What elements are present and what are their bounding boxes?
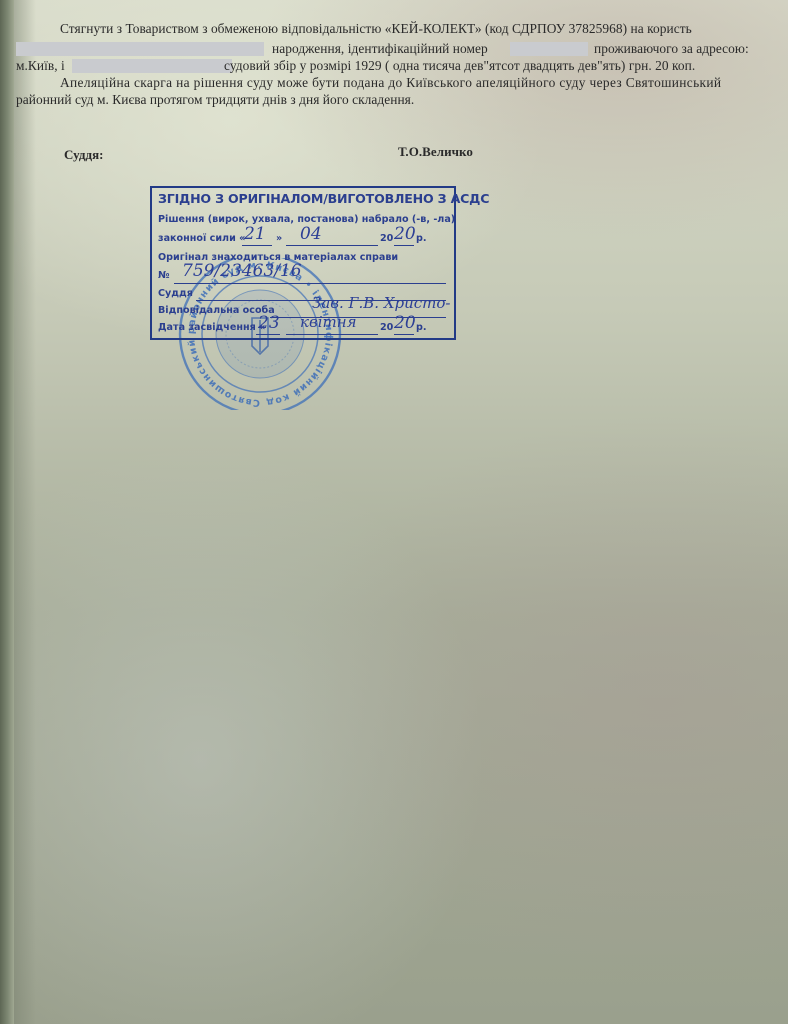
stamp-year-prefix: 20 [380,233,393,244]
page-binding-shadow [14,0,36,1024]
stamp-cert-year-prefix: 20 [380,322,393,333]
stamp-cert-year-suffix: р. [416,322,427,333]
paragraph-1-line-1: Стягнути з Товариством з обмеженою відпо… [60,20,692,37]
stamp-title: ЗГІДНО З ОРИГІНАЛОМ/ВИГОТОВЛЕНО З АСДС [158,191,489,206]
document-page: Стягнути з Товариством з обмеженою відпо… [0,0,788,1024]
handwritten-cert-month: квітня [300,313,357,331]
paragraph-1-line-2-end: проживаючого за адресою: [594,40,749,57]
handwritten-case-number: 759/23463/16 [182,261,302,281]
redacted-address [72,59,232,73]
page-binding-edge [0,0,14,1024]
paragraph-1-line-2-middle: народження, ідентифікаційний номер [272,40,488,57]
paragraph-1-line-3-end: судовий збір у розмірі 1929 ( одна тисяч… [224,57,695,74]
redacted-id-number [510,42,588,56]
handwritten-responsible-person: Зав. Г.В. Христо- [312,294,450,312]
stamp-line-legal-force-label: законної сили « [158,233,245,244]
stamp-year-suffix: р. [416,233,427,244]
stamp-case-number-label: № [158,270,170,281]
certification-stamp: ЗГІДНО З ОРИГІНАЛОМ/ВИГОТОВЛЕНО З АСДС Р… [150,186,456,340]
stamp-certification-date-label: Дата засвідчення « [158,322,265,333]
judge-name: Т.О.Величко [398,143,473,160]
handwritten-day: 21 [244,224,266,244]
paragraph-2-line-1: Апеляційна скарга на рішення суду може б… [60,74,721,91]
handwritten-cert-day: 23 [258,313,280,333]
paragraph-1-line-3-start: м.Київ, і [16,57,65,74]
paragraph-2-line-2: районний суд м. Києва протягом тридцяти … [16,91,414,108]
handwritten-month: 04 [300,224,322,244]
stamp-judge-label: Суддя [158,288,193,299]
handwritten-cert-year: 20 [394,313,416,333]
handwritten-year: 20 [394,224,416,244]
judge-label: Суддя: [64,146,104,163]
redacted-block [16,42,264,56]
stamp-quote-close: » [276,233,282,244]
